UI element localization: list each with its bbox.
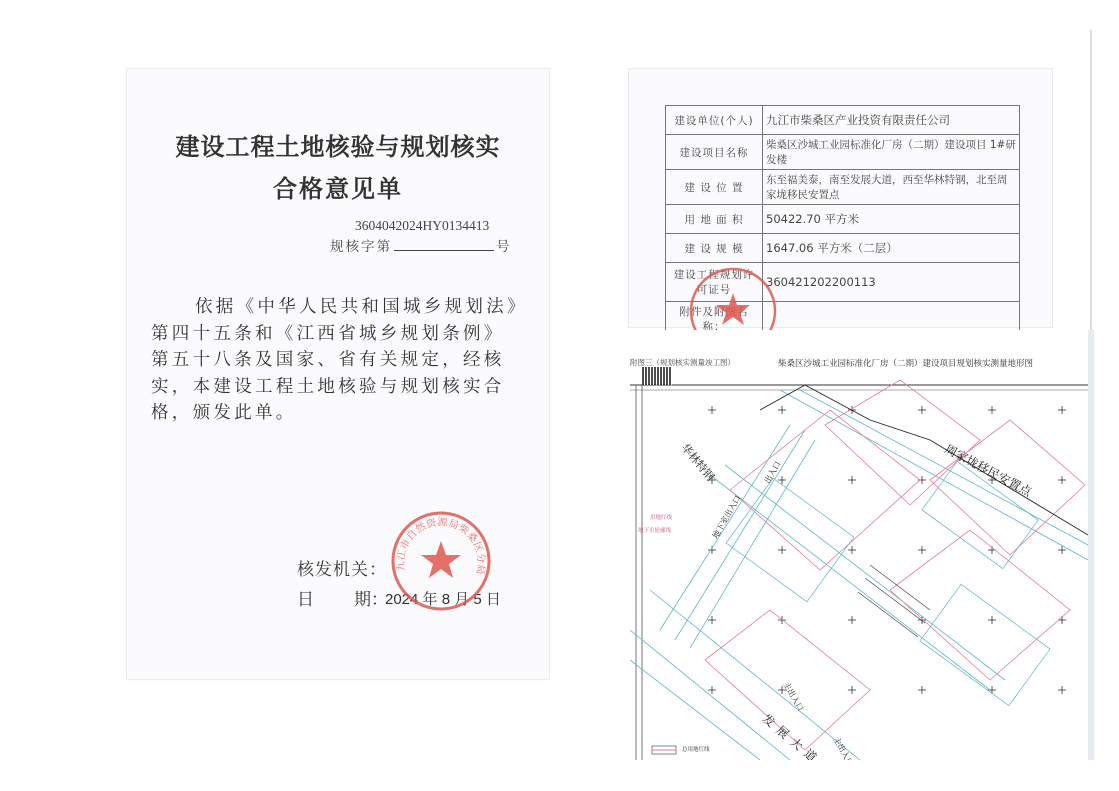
project-info-page: 建设单位(个人) 九江市柴桑区产业投资有限责任公司 建设项目名称 柴桑区沙城工业… bbox=[628, 68, 1053, 328]
map-label-underground: 地下室轮廓线 bbox=[638, 526, 671, 534]
row-value: 50422.70 平方米 bbox=[763, 205, 1020, 234]
row-key: 建设单位(个人) bbox=[666, 106, 763, 135]
table-row: 建设单位(个人) 九江市柴桑区产业投资有限责任公司 bbox=[666, 106, 1020, 135]
table-row: 建 设 位 置 东至福美泰，南至发展大道，西至华林特钢，北至周家垅移民安置点 bbox=[666, 170, 1020, 205]
map-legend-label: 总用地红线 bbox=[682, 745, 710, 753]
scan-edge bbox=[1090, 30, 1092, 330]
official-seal-icon: 九江市自然资源局柴桑区分局 bbox=[389, 509, 493, 613]
row-key: 建设项目名称 bbox=[666, 135, 763, 170]
reference-suffix: 号 bbox=[496, 239, 512, 255]
row-value: 1647.06 平方米（二层） bbox=[763, 234, 1020, 263]
table-row: 建设项目名称 柴桑区沙城工业园标准化厂房（二期）建设项目 1#研发楼 bbox=[666, 135, 1020, 170]
reference-prefix: 规核字第 bbox=[330, 239, 392, 255]
row-key: 建 设 位 置 bbox=[666, 170, 763, 205]
date-label: 日期： bbox=[297, 585, 388, 610]
row-key: 建 设 规 模 bbox=[666, 234, 763, 263]
date-label-part: 日 bbox=[297, 590, 314, 610]
approval-certificate-page: 建设工程土地核验与规划核实 合格意见单 3604042024HY0134413 … bbox=[126, 68, 550, 680]
table-row: 建 设 规 模 1647.06 平方米（二层） bbox=[666, 234, 1020, 263]
table-row: 用 地 面 积 50422.70 平方米 bbox=[666, 205, 1020, 234]
issuer-label: 核发机关： bbox=[297, 555, 387, 580]
blank-line bbox=[394, 238, 494, 251]
date-label-part: 期： bbox=[354, 590, 388, 610]
row-key: 用 地 面 积 bbox=[666, 205, 763, 234]
survey-map: 附图三（规划核实测量竣工图） 柴桑区沙城工业园标准化厂房（二期）建设项目规划核实… bbox=[630, 330, 1088, 760]
document-title: 建设工程土地核验与规划核实 bbox=[127, 127, 549, 162]
map-drawing bbox=[630, 330, 1088, 760]
map-title: 柴桑区沙城工业园标准化厂房（二期）建设项目规划核实测量地形图 bbox=[778, 357, 1033, 369]
scan-edge bbox=[1088, 330, 1094, 760]
map-sub-label: 附图三（规划核实测量竣工图） bbox=[630, 357, 735, 368]
row-value: 柴桑区沙城工业园标准化厂房（二期）建设项目 1#研发楼 bbox=[763, 135, 1020, 170]
document-subtitle: 合格意见单 bbox=[127, 169, 549, 204]
reference-number-line: 规核字第号 bbox=[330, 235, 512, 255]
map-label-redline: 用地红线 bbox=[650, 513, 672, 521]
row-value: 东至福美泰，南至发展大道，西至华林特钢，北至周家垅移民安置点 bbox=[763, 170, 1020, 205]
row-value: 九江市柴桑区产业投资有限责任公司 bbox=[763, 106, 1020, 135]
document-number: 3604042024HY0134413 bbox=[355, 218, 489, 234]
row-value: 360421202200113 bbox=[763, 263, 1020, 302]
certificate-body: 依据《中华人民共和国城乡规划法》第四十五条和《江西省城乡规划条例》第五十八条及国… bbox=[151, 294, 521, 427]
qr-code-icon bbox=[642, 367, 672, 385]
